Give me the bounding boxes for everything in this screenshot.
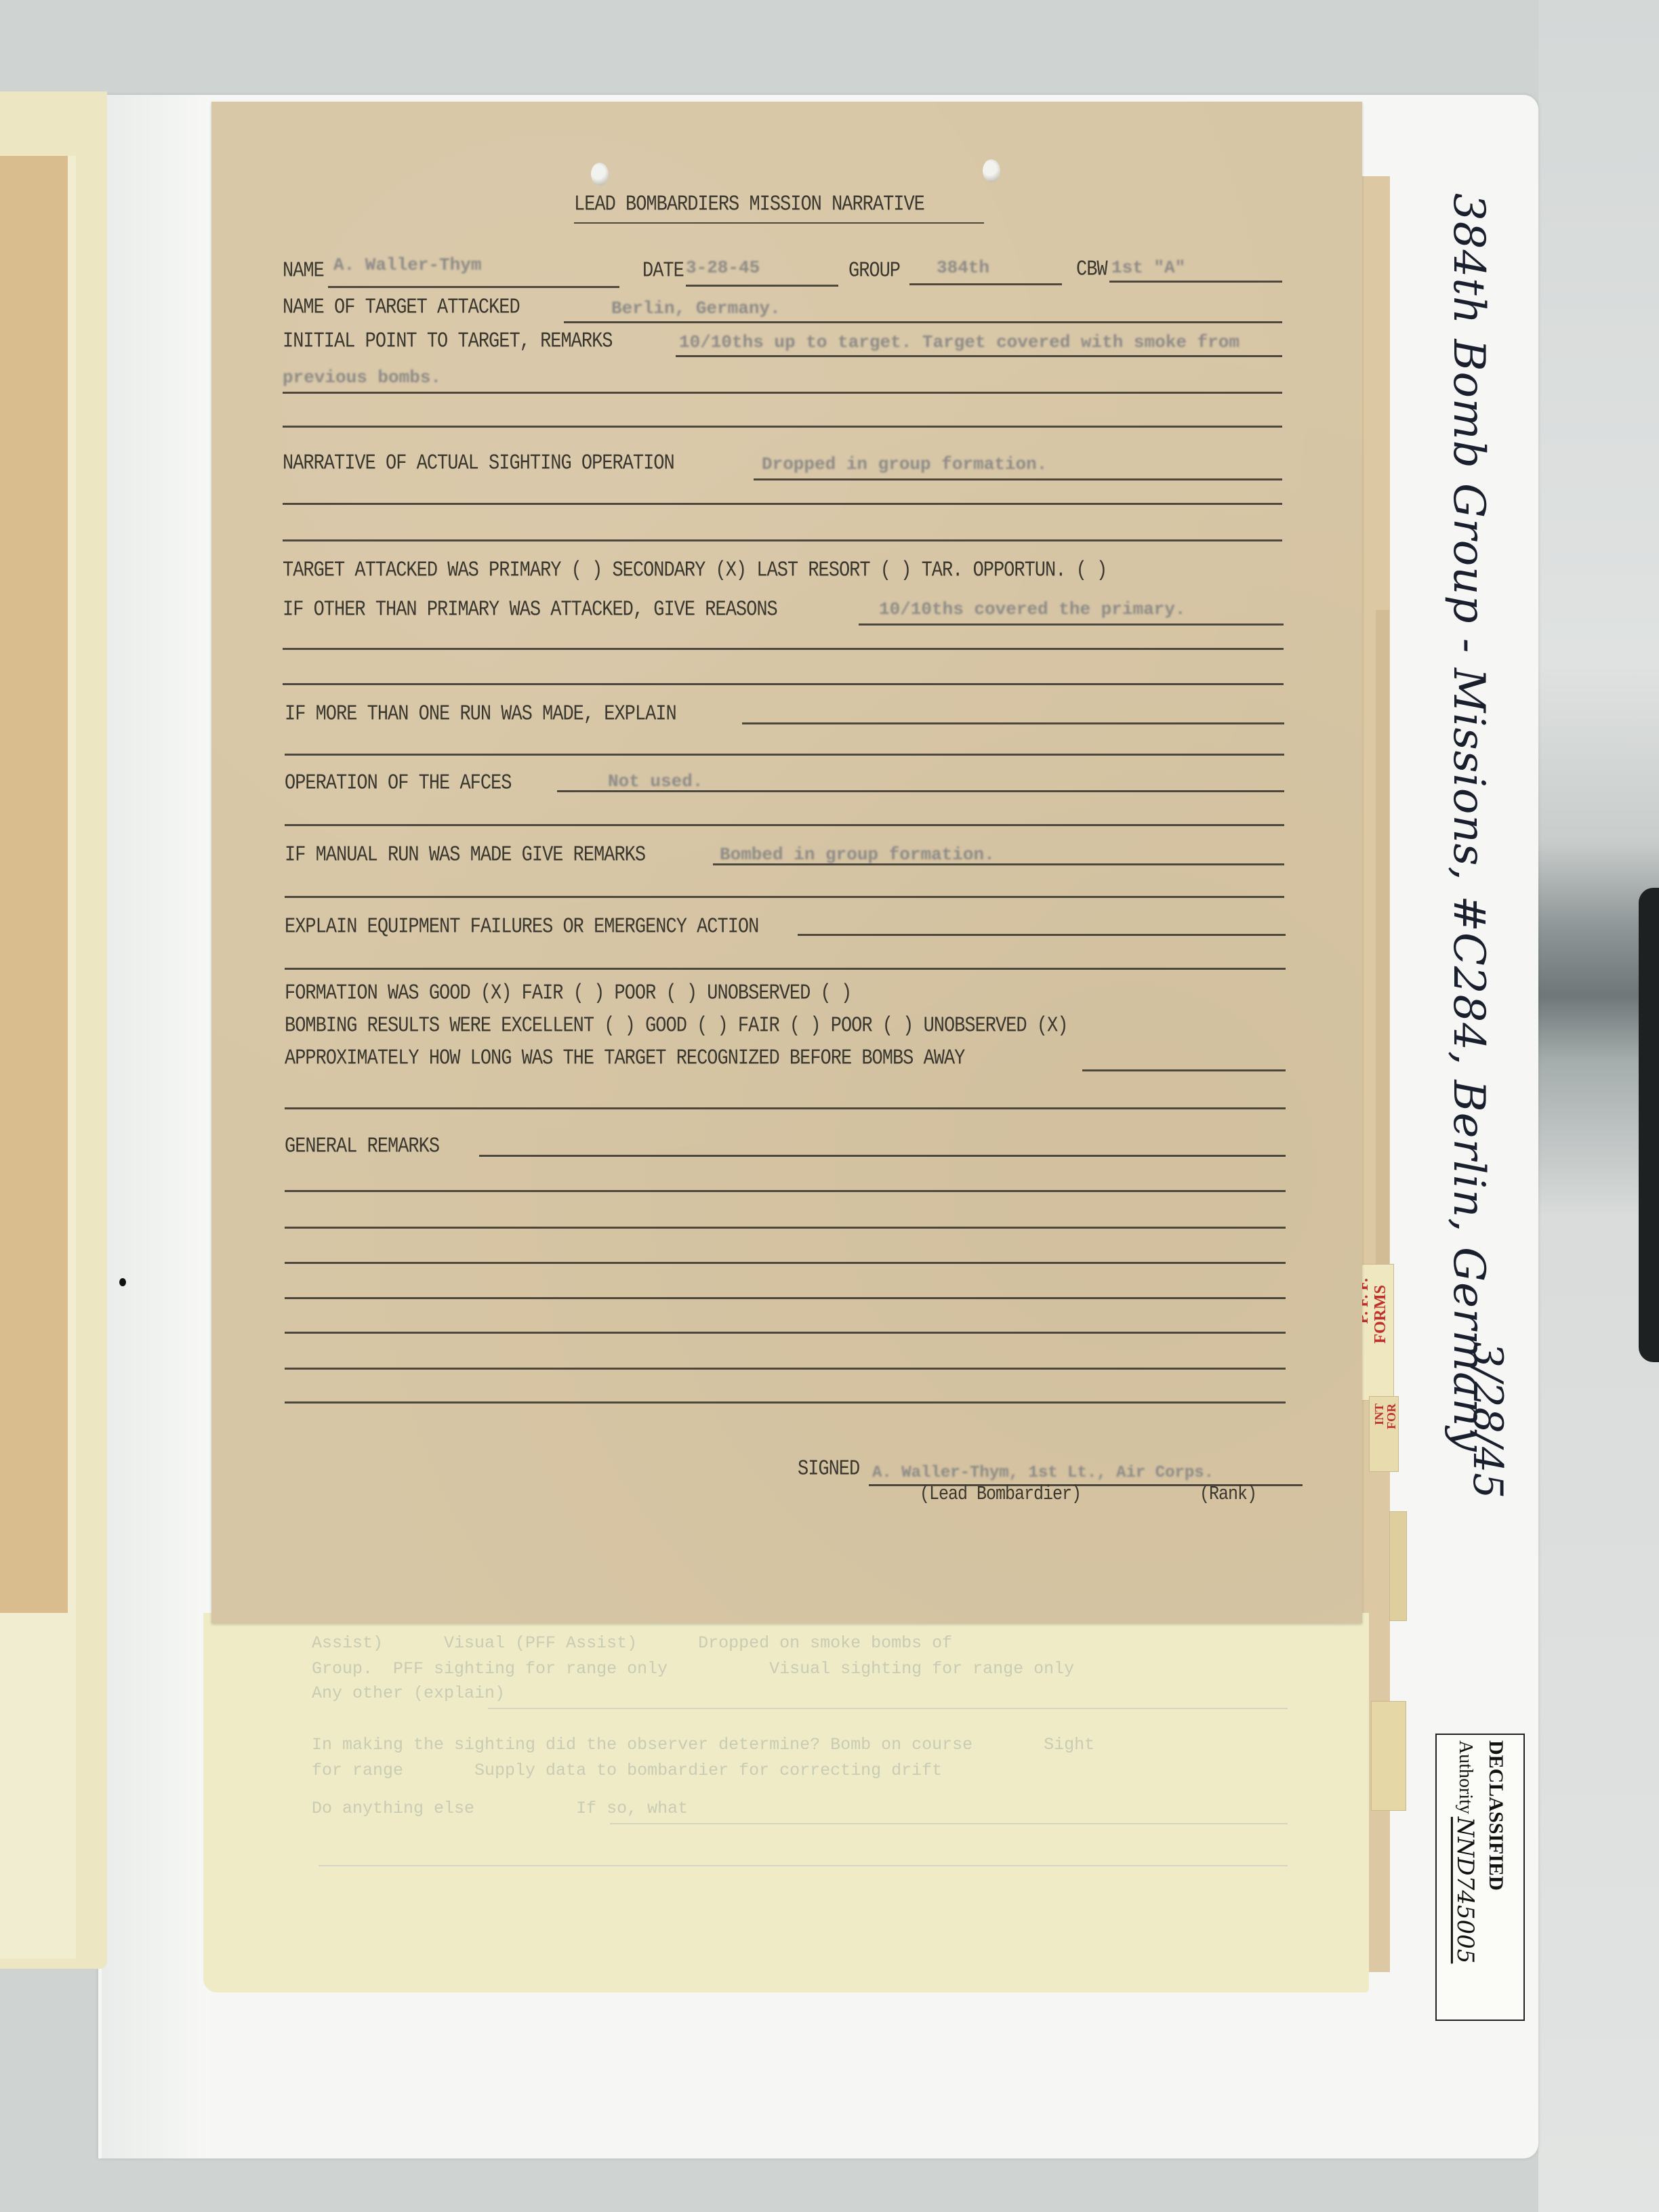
- rank-caption: (Rank): [1200, 1483, 1256, 1505]
- form-rule: [285, 754, 1284, 756]
- stamp-title: DECLASSIFIED: [1485, 1740, 1507, 1891]
- general-remarks-rule[interactable]: [285, 1190, 1286, 1192]
- form-rule: [285, 1107, 1286, 1109]
- reasons-rule: [859, 623, 1284, 626]
- manual-run-label: IF MANUAL RUN WAS MADE GIVE REMARKS: [285, 844, 645, 868]
- form-rule: [283, 426, 1282, 428]
- group-value[interactable]: 384th: [937, 258, 989, 278]
- tab-partial[interactable]: [1389, 1511, 1407, 1621]
- declassified-stamp: DECLASSIFIED Authority NND745005: [1435, 1734, 1525, 2021]
- under-sheet: Assist) Visual (PFF Assist) Dropped on s…: [203, 1613, 1369, 1992]
- general-remarks-label: GENERAL REMARKS: [285, 1136, 439, 1160]
- punch-hole: [591, 163, 609, 186]
- name-label: NAME: [283, 260, 324, 284]
- under-sheet-line: Group. PFF sighting for range only Visua…: [312, 1659, 1074, 1679]
- form-rule: [285, 824, 1284, 826]
- under-sheet-line: Any other (explain): [312, 1683, 505, 1703]
- tab-pff-line2: FORMS: [1372, 1285, 1390, 1344]
- narrative-value[interactable]: Dropped in group formation.: [762, 454, 1047, 474]
- bombing-results-options[interactable]: BOMBING RESULTS WERE EXCELLENT ( ) GOOD …: [285, 1015, 1067, 1039]
- target-recognized-label: APPROXIMATELY HOW LONG WAS THE TARGET RE…: [285, 1048, 964, 1071]
- more-runs-rule: [742, 722, 1284, 724]
- more-runs-label: IF MORE THAN ONE RUN WAS MADE, EXPLAIN: [285, 703, 676, 727]
- general-remarks-rule[interactable]: [479, 1155, 1286, 1157]
- under-sheet-line: In making the sighting did the observer …: [312, 1735, 1094, 1755]
- target-value[interactable]: Berlin, Germany.: [611, 298, 781, 319]
- target-rule: [564, 321, 1282, 323]
- signed-value[interactable]: A. Waller-Thym, 1st Lt., Air Corps.: [872, 1464, 1214, 1482]
- general-remarks-rule[interactable]: [285, 1332, 1286, 1334]
- afces-value[interactable]: Not used.: [608, 771, 703, 792]
- initial-point-value-cont[interactable]: previous bombs.: [283, 367, 441, 388]
- dark-object: [1639, 888, 1659, 1362]
- reasons-label: IF OTHER THAN PRIMARY WAS ATTACKED, GIVE…: [283, 599, 777, 623]
- initial-point-rule: [676, 355, 1282, 357]
- folder-handwritten-date: 3/28/45: [1464, 1342, 1511, 1498]
- narrative-label: NARRATIVE OF ACTUAL SIGHTING OPERATION: [283, 453, 674, 476]
- general-remarks-rule[interactable]: [285, 1401, 1286, 1404]
- afces-label: OPERATION OF THE AFCES: [285, 773, 511, 796]
- under-sheet-rule: [610, 1823, 1288, 1824]
- target-label: NAME OF TARGET ATTACKED: [283, 297, 520, 321]
- cbw-value[interactable]: 1st "A": [1111, 258, 1185, 278]
- initial-point-value[interactable]: 10/10ths up to target. Target covered wi…: [679, 332, 1240, 352]
- left-tan-page: [0, 156, 68, 1613]
- form-rule: [285, 896, 1284, 898]
- general-remarks-rule[interactable]: [285, 1262, 1286, 1264]
- under-sheet-line: for range Supply data to bombardier for …: [312, 1761, 942, 1780]
- manual-run-rule: [713, 863, 1284, 865]
- equipment-rule: [798, 934, 1286, 936]
- reasons-value[interactable]: 10/10ths covered the primary.: [879, 599, 1185, 619]
- form-rule: [283, 683, 1284, 685]
- initial-point-label: INITIAL POINT TO TARGET, REMARKS: [283, 331, 612, 354]
- tab-int-forms[interactable]: INT FOR: [1369, 1396, 1399, 1472]
- group-label: GROUP: [848, 260, 900, 284]
- stamp-authority-label: Authority: [1455, 1740, 1476, 1814]
- form-rule: [285, 968, 1286, 970]
- target-attacked-options[interactable]: TARGET ATTACKED WAS PRIMARY ( ) SECONDAR…: [283, 560, 1107, 583]
- cbw-rule: [1109, 281, 1282, 283]
- form-rule: [283, 503, 1282, 505]
- folder-handwritten-label: 384th Bomb Group - Missions, #C284, Berl…: [1443, 193, 1494, 1452]
- tab-partial[interactable]: [1371, 1701, 1406, 1811]
- folder-spine: [102, 95, 210, 2158]
- stamp-authority-number: NND745005: [1452, 1817, 1479, 1964]
- equipment-label: EXPLAIN EQUIPMENT FAILURES OR EMERGENCY …: [285, 916, 758, 940]
- general-remarks-rule[interactable]: [285, 1368, 1286, 1370]
- formation-options[interactable]: FORMATION WAS GOOD (X) FAIR ( ) POOR ( )…: [285, 983, 851, 1006]
- manual-run-value[interactable]: Bombed in group formation.: [720, 844, 995, 865]
- under-sheet-line: Assist) Visual (PFF Assist) Dropped on s…: [312, 1633, 952, 1653]
- title-underline: [574, 222, 984, 224]
- group-rule: [909, 283, 1062, 285]
- under-sheet-rule: [488, 1708, 1288, 1709]
- cbw-label: CBW: [1076, 259, 1107, 283]
- form-rule: [283, 392, 1282, 394]
- name-value[interactable]: A. Waller-Thym: [333, 255, 481, 275]
- date-rule: [686, 285, 838, 287]
- afces-rule: [557, 790, 1284, 792]
- under-sheet-rule: [319, 1865, 1288, 1866]
- general-remarks-rule[interactable]: [285, 1227, 1286, 1229]
- form-rule: [283, 648, 1284, 650]
- tab-int-line2: FOR: [1385, 1404, 1399, 1429]
- target-recognized-rule: [1082, 1069, 1286, 1071]
- mission-narrative-form: LEAD BOMBARDIERS MISSION NARRATIVE NAME …: [211, 102, 1362, 1623]
- signed-label: SIGNED: [798, 1458, 859, 1482]
- general-remarks-rule[interactable]: [285, 1297, 1286, 1299]
- punch-hole: [983, 159, 1000, 182]
- form-rule: [283, 539, 1282, 541]
- narrative-rule: [754, 478, 1282, 480]
- background-surface: [0, 0, 1659, 95]
- under-sheet-line: Do anything else If so, what: [312, 1799, 688, 1818]
- ink-dot: [119, 1278, 126, 1286]
- lead-bombardier-caption: (Lead Bombardier): [920, 1483, 1081, 1505]
- form-title: LEAD BOMBARDIERS MISSION NARRATIVE: [574, 194, 924, 218]
- date-label: DATE: [642, 260, 684, 284]
- date-value[interactable]: 3-28-45: [686, 258, 760, 278]
- name-rule: [328, 286, 619, 288]
